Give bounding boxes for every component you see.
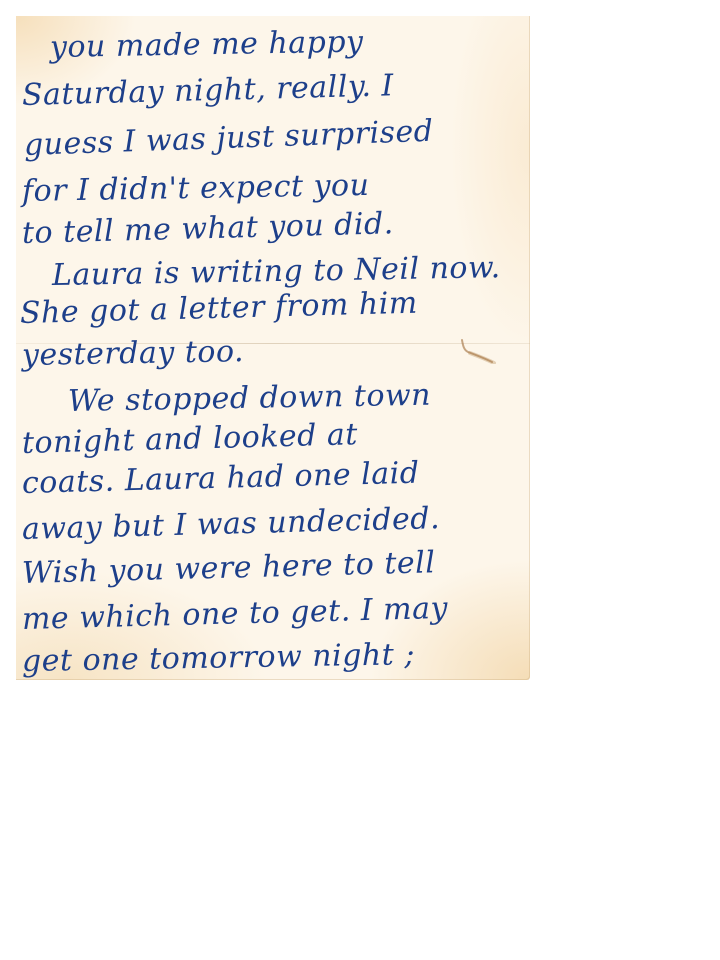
letter-line: yesterday too. [22,334,245,373]
letter-line: guess I was just surprised [23,114,434,163]
letter-line: you made me happy [50,25,364,65]
letter-line: for I didn't expect you [22,168,370,209]
letter-line: me which one to get. I may [22,591,449,637]
letter-line: coats. Laura had one laid [22,456,420,501]
letter-line: Laura is writing to Neil now. [52,250,501,293]
letter-line: tonight and looked at [22,417,359,461]
letter-line: Saturday night, really. I [22,68,395,113]
letter-line: Wish you were here to tell [22,545,436,591]
scanned-letter-page: you made me happy Saturday night, really… [16,16,530,680]
letter-line: We stopped down town [68,378,432,419]
letter-body: you made me happy Saturday night, really… [16,16,530,680]
letter-line: to tell me what you did. [22,206,395,251]
letter-line: away but I was undecided. [22,501,441,547]
letter-line: get one tomorrow night ; [22,637,416,679]
